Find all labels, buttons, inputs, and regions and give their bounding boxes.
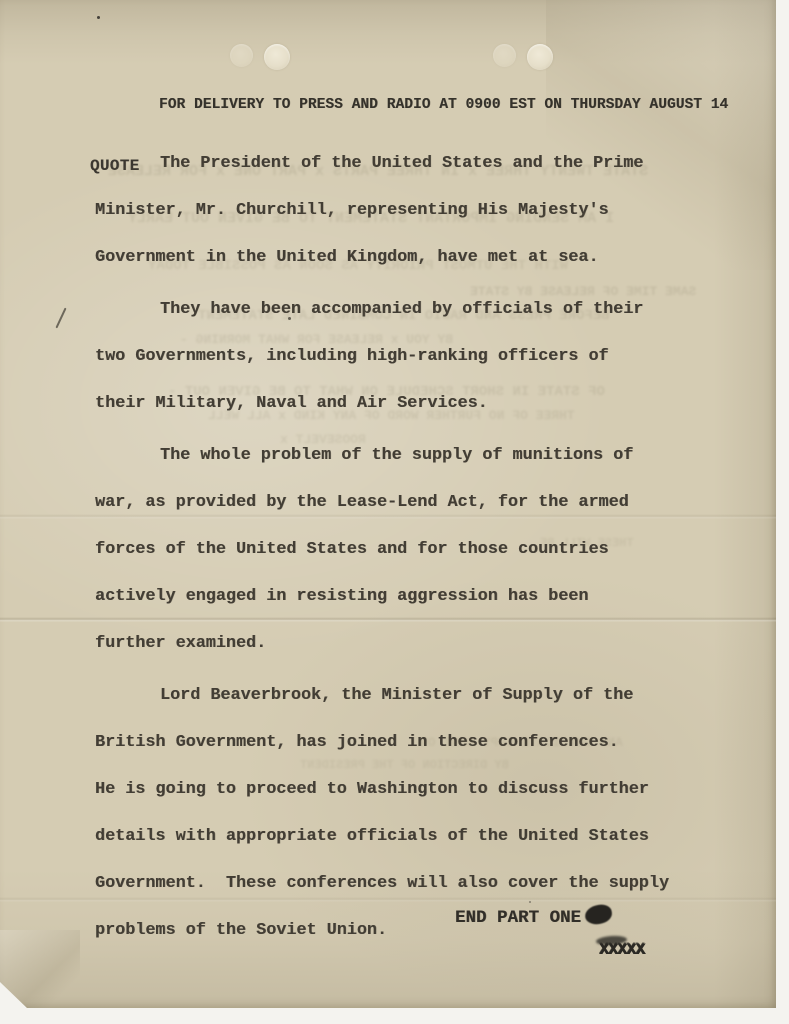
text-line: Government. These conferences will also … <box>95 860 695 907</box>
bleed-through-line: BY YOU x RELEASE FOR WHAT MORNING - <box>180 332 453 347</box>
text-line: He is going to proceed to Washington to … <box>95 766 695 813</box>
bleed-through-line: AND DUPLICATE COPY SENT ON <box>420 735 623 750</box>
punch-hole <box>230 44 253 67</box>
edge-mark <box>55 308 66 329</box>
text-line: actively engaged in resisting aggression… <box>95 573 695 620</box>
end-part-one-mark: END PART ONE <box>455 908 581 928</box>
bleed-through-line: BY DIRECTION OF THE PRESIDENT <box>300 758 509 772</box>
bleed-through-line: THESE WILL BE <box>540 536 634 550</box>
bleed-through-line: THREE OF NO FURTHER WORD OF ANY KIND x A… <box>208 408 575 423</box>
bleed-through-line: WITH THE UTMOST PRIORITY AS SOON AS POSS… <box>148 258 568 274</box>
scanned-document: FOR DELIVERY TO PRESS AND RADIO AT 0900 … <box>0 0 789 1024</box>
bleed-through-line: OF STATE IN SHORT SCHEDULE ON WHAT TO BE… <box>168 384 605 400</box>
text-line: Lord Beaverbrook, the Minister of Supply… <box>95 672 695 719</box>
bleed-through-line: I AM SENDING IMPORTANT STATEMENT TO BE G… <box>128 210 614 227</box>
bleed-through-line: STATE TWENTY THREE x IN THREE PARTS x PA… <box>108 163 648 180</box>
paper-corner-fold <box>0 930 80 1008</box>
bleed-through-line: SAME TIME OF RELEASE BY STATE <box>470 284 696 299</box>
punch-hole <box>527 44 553 70</box>
text-line: war, as provided by the Lease-Lend Act, … <box>95 479 695 526</box>
punch-hole <box>493 44 516 67</box>
release-header: FOR DELIVERY TO PRESS AND RADIO AT 0900 … <box>159 97 728 113</box>
ink-speck <box>97 16 100 19</box>
punch-hole <box>264 44 290 70</box>
bleed-through-line: BEFORE PRESS AND RADIO IN COMBINED LATE … <box>198 308 610 324</box>
paper-sheet: FOR DELIVERY TO PRESS AND RADIO AT 0900 … <box>0 0 776 1008</box>
text-line: The whole problem of the supply of munit… <box>95 432 695 479</box>
text-line: details with appropriate officials of th… <box>95 813 695 860</box>
text-line: further examined. <box>95 620 695 667</box>
bleed-through-line: ROOSEVELT x <box>280 432 366 447</box>
